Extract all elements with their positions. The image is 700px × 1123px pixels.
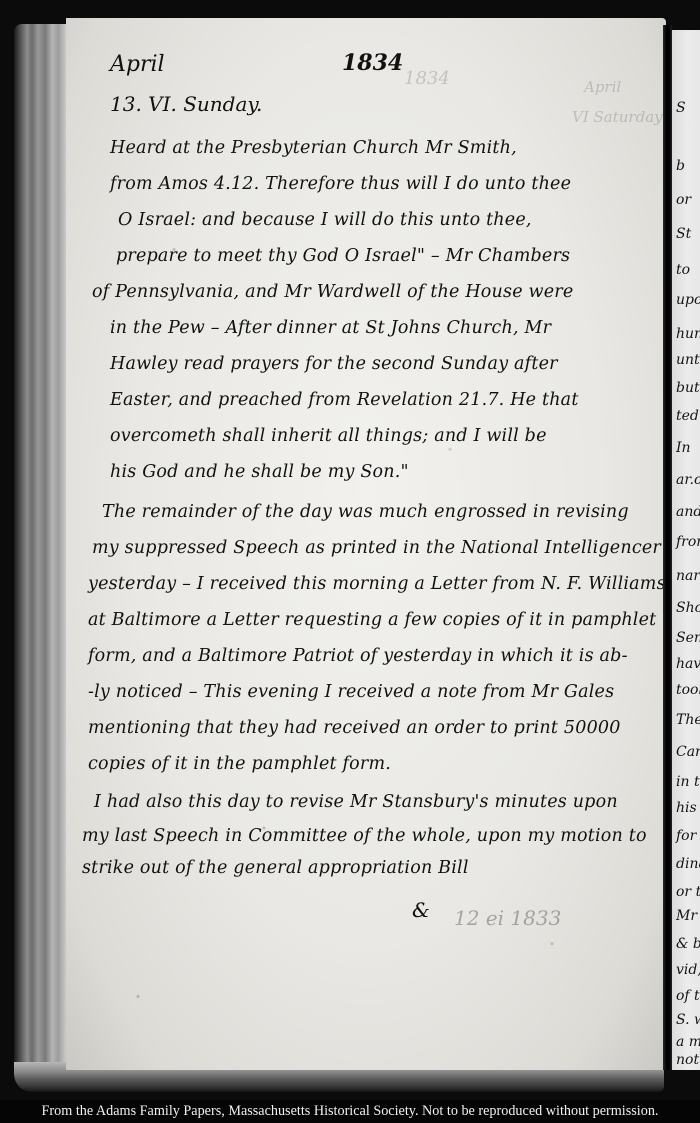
adjacent-text: in the	[676, 774, 700, 790]
adjacent-text: & but h	[676, 936, 700, 952]
entry-day: 13. VI. Sunday.	[110, 92, 262, 116]
adjacent-text: St	[676, 226, 691, 242]
adjacent-text: Carol	[676, 744, 700, 760]
text-line: O Israel: and because I will do this unt…	[118, 210, 532, 230]
copyright-caption: From the Adams Family Papers, Massachuse…	[0, 1100, 700, 1123]
bleed-through-text: 1834	[404, 68, 450, 89]
adjacent-text: upo	[676, 292, 700, 308]
text-line: I had also this day to revise Mr Stansbu…	[94, 792, 618, 812]
adjacent-text: ar.o	[676, 472, 700, 488]
adjacent-text: took	[676, 682, 700, 698]
bleed-through-text: April	[584, 78, 621, 96]
text-line: at Baltimore a Letter requesting a few c…	[88, 610, 656, 630]
text-line: my suppressed Speech as printed in the N…	[92, 538, 661, 558]
adjacent-text: S	[676, 100, 686, 116]
adjacent-text: vid, or	[676, 962, 700, 978]
book-gutter	[663, 25, 672, 1070]
adjacent-text: In	[676, 440, 691, 456]
text-line: form, and a Baltimore Patriot of yesterd…	[88, 646, 628, 666]
adjacent-text: from	[676, 534, 700, 550]
adjacent-text: a man	[676, 1034, 700, 1050]
adjacent-page: S b or St to upo hun unt but ted In ar.o…	[672, 30, 700, 1070]
adjacent-text: Mr Gr	[676, 908, 700, 924]
ampersand-mark: &	[412, 898, 430, 922]
adjacent-text: or	[676, 192, 691, 208]
adjacent-text: S. wh	[676, 1012, 700, 1028]
text-line: prepare to meet thy God O Israel" – Mr C…	[116, 246, 570, 266]
manuscript-scan: 1834 April VI Saturday April 1834 13. VI…	[0, 0, 700, 1100]
entry-year: 1834	[342, 50, 403, 76]
adjacent-text: and	[676, 504, 700, 520]
text-line: The remainder of the day was much engros…	[102, 502, 629, 522]
adjacent-text: or the	[676, 884, 700, 900]
adjacent-text: to	[676, 262, 690, 278]
text-line: strike out of the general appropriation …	[82, 858, 469, 878]
text-line: from Amos 4.12. Therefore thus will I do…	[110, 174, 571, 194]
adjacent-text: b	[676, 158, 685, 174]
text-line: overcometh shall inherit all things; and…	[110, 426, 547, 446]
text-line: copies of it in the pamphlet form.	[88, 754, 391, 774]
text-line: Heard at the Presbyterian Church Mr Smit…	[110, 138, 517, 158]
adjacent-text: The	[676, 712, 700, 728]
book-page-edges	[14, 24, 74, 1084]
date-stamp: 12 ei 1833	[454, 906, 561, 930]
text-line: his God and he shall be my Son."	[110, 462, 409, 482]
adjacent-text: his Sp	[676, 800, 700, 816]
adjacent-text: dinar	[676, 856, 700, 872]
text-line: yesterday – I received this morning a Le…	[88, 574, 666, 594]
text-line: Easter, and preached from Revelation 21.…	[110, 390, 579, 410]
adjacent-text: but	[676, 380, 700, 396]
bleed-through-text: VI Saturday	[572, 108, 663, 126]
adjacent-text: Sentar	[676, 630, 700, 646]
adjacent-text: hun	[676, 326, 700, 342]
adjacent-text: of the	[676, 988, 700, 1004]
text-line: of Pennsylvania, and Mr Wardwell of the …	[92, 282, 573, 302]
entry-month: April	[110, 52, 165, 77]
adjacent-text: have	[676, 656, 700, 672]
adjacent-text: unt	[676, 352, 700, 368]
text-line: Hawley read prayers for the second Sunda…	[110, 354, 558, 374]
adjacent-text: Shoul	[676, 600, 700, 616]
text-line: -ly noticed – This evening I received a …	[88, 682, 614, 702]
text-line: mentioning that they had received an ord…	[88, 718, 621, 738]
text-line: my last Speech in Committee of the whole…	[82, 826, 647, 846]
adjacent-text: narr	[676, 568, 700, 584]
adjacent-text: for ou	[676, 828, 700, 844]
text-line: in the Pew – After dinner at St Johns Ch…	[110, 318, 551, 338]
adjacent-text: not ap	[676, 1052, 700, 1068]
adjacent-text: ted	[676, 408, 699, 424]
